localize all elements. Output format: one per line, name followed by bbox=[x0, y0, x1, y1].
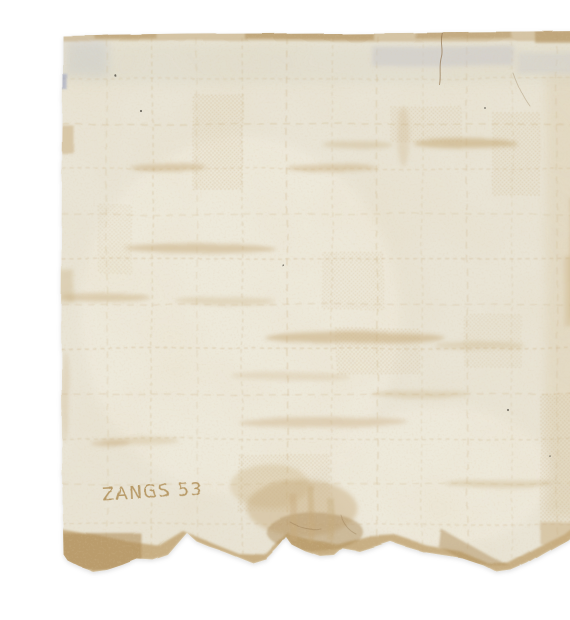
sheet-shadow-wrap: ZANGS 53 bbox=[58, 28, 570, 576]
artwork-photo: ZANGS 53 bbox=[40, 16, 570, 604]
sheet-surface: ZANGS 53 bbox=[58, 28, 570, 576]
artwork-canvas: ZANGS 53 bbox=[40, 16, 570, 604]
painted-sheet: ZANGS 53 bbox=[58, 28, 570, 576]
